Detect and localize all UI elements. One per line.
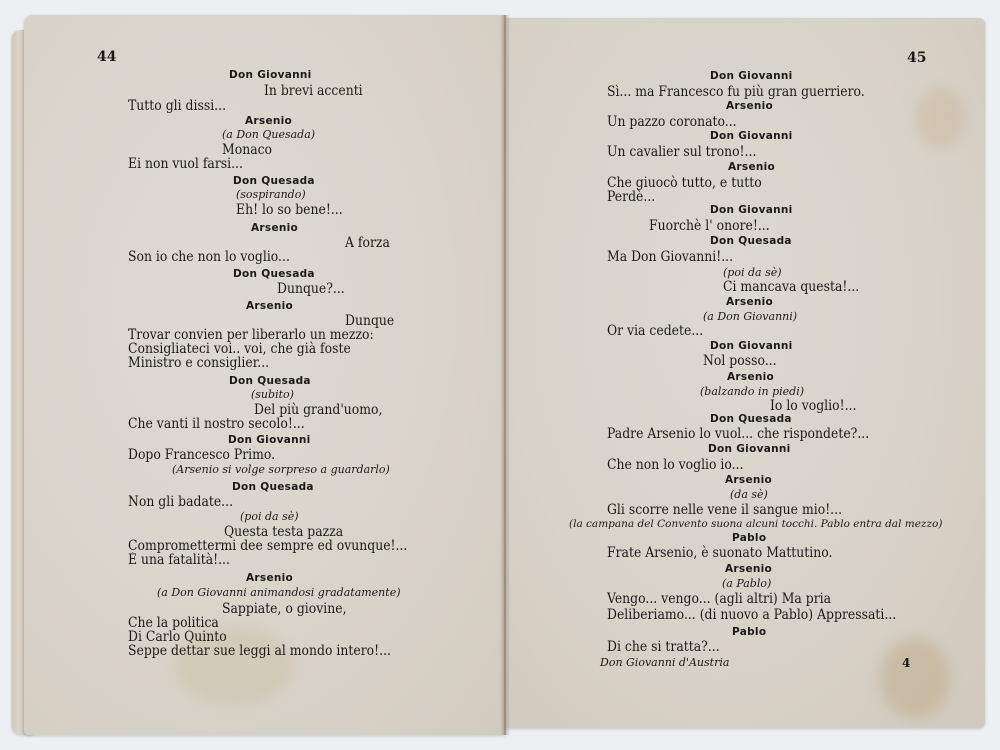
speaker-name: Don Giovanni <box>710 70 793 83</box>
stage-direction: (poi da sè) <box>240 510 299 524</box>
speaker-name: Arsenio <box>726 296 773 309</box>
speaker-name: Pablo <box>732 532 766 545</box>
stage-direction: (sospirando) <box>236 188 306 202</box>
speaker-name: Don Giovanni <box>710 340 793 353</box>
paper-stain <box>915 88 965 148</box>
speaker-name: Arsenio <box>245 115 292 128</box>
speaker-name: Arsenio <box>728 161 775 174</box>
speaker-name: Don Quesada <box>233 175 315 188</box>
paper-stain <box>880 638 950 718</box>
stage-direction: (a Don Giovanni) <box>703 310 797 324</box>
stage-direction: (la campana del Convento suona alcuni to… <box>569 517 942 531</box>
stage-direction: (a Don Giovanni animandosi gradatamente) <box>157 586 401 600</box>
verse-line: Eh! lo so bene!... <box>236 202 343 218</box>
speaker-name: Don Giovanni <box>229 69 312 82</box>
verse-line: Deliberiamo... (di nuovo a Pablo) Appres… <box>607 607 896 623</box>
speaker-name: Don Quesada <box>233 268 315 281</box>
stage-direction: (poi da sè) <box>723 266 782 280</box>
speaker-name: Arsenio <box>246 300 293 313</box>
verse-line: Padre Arsenio lo vuol... che rispondete?… <box>607 426 869 442</box>
book-gutter <box>500 15 510 735</box>
speaker-name: Don Giovanni <box>710 130 793 143</box>
open-book: 44 Don Giovanni In brevi accenti Tutto g… <box>0 0 1000 750</box>
speaker-name: Arsenio <box>251 222 298 235</box>
footer-title: Don Giovanni d'Austria <box>600 656 729 669</box>
verse-line: A forza <box>345 235 390 251</box>
verse-line: Frate Arsenio, è suonato Mattutino. <box>607 545 832 561</box>
stage-direction: (da sè) <box>730 488 768 502</box>
stage-direction: (balzando in piedi) <box>700 385 804 399</box>
verse-line: Un cavalier sul trono!... <box>607 144 756 160</box>
verse-line: Non gli badate... <box>128 494 233 510</box>
verse-line: Vengo... vengo... (agli altri) Ma pria <box>607 591 831 607</box>
speaker-name: Arsenio <box>727 371 774 384</box>
verse-line: È una fatalità!... <box>128 552 230 568</box>
page-number-left: 44 <box>97 49 116 65</box>
speaker-name: Don Quesada <box>710 235 792 248</box>
verse-line: Di che si tratta?... <box>607 639 720 655</box>
stage-direction: (a Pablo) <box>722 577 771 591</box>
speaker-name: Arsenio <box>246 572 293 585</box>
speaker-name: Pablo <box>732 626 766 639</box>
verse-line: Gli scorre nelle vene il sangue mio!... <box>607 502 842 518</box>
verse-line: Or via cedete... <box>607 323 703 339</box>
verse-line: Seppe dettar sue leggi al mondo intero!.… <box>128 643 391 659</box>
speaker-name: Don Giovanni <box>710 204 793 217</box>
verse-line: Ministro e consiglier... <box>128 355 269 371</box>
speaker-name: Don Quesada <box>710 413 792 426</box>
verse-line: Ma Don Giovanni!... <box>607 249 733 265</box>
verse-line: Ei non vuol farsi... <box>128 156 243 172</box>
speaker-name: Arsenio <box>725 563 772 576</box>
signature-mark: 4 <box>902 656 910 670</box>
verse-line: Nol posso... <box>703 353 777 369</box>
stage-direction: (Arsenio si volge sorpreso a guardarlo) <box>172 463 390 477</box>
verse-line: Io lo voglio!... <box>770 398 856 414</box>
verse-line: Un pazzo coronato... <box>607 114 737 130</box>
speaker-name: Arsenio <box>726 100 773 113</box>
stage-direction: (subito) <box>251 388 294 402</box>
speaker-name: Don Giovanni <box>708 443 791 456</box>
speaker-name: Don Giovanni <box>228 434 311 447</box>
verse-line: Sì... ma Francesco fu più gran guerriero… <box>607 84 865 100</box>
verse-line: Sappiate, o giovine, <box>222 601 347 617</box>
verse-line: Dunque?... <box>277 281 345 297</box>
speaker-name: Don Quesada <box>229 375 311 388</box>
speaker-name: Don Quesada <box>232 481 314 494</box>
verse-line: In brevi accenti <box>264 83 363 99</box>
speaker-name: Arsenio <box>725 474 772 487</box>
page-number-right: 45 <box>907 50 926 66</box>
verse-line: Perdè... <box>607 189 655 205</box>
stage-direction: (a Don Quesada) <box>222 128 315 142</box>
verse-line: Dopo Francesco Primo. <box>128 447 275 463</box>
verse-line: Fuorchè l' onore!... <box>649 218 770 234</box>
verse-line: Son io che non lo voglio... <box>128 249 290 265</box>
verse-line: Che non lo voglio io... <box>607 457 744 473</box>
verse-line: Ci mancava questa!... <box>723 279 859 295</box>
verse-line: Che vanti il nostro secolo!... <box>128 416 305 432</box>
verse-line: Tutto gli dissi... <box>128 98 226 114</box>
